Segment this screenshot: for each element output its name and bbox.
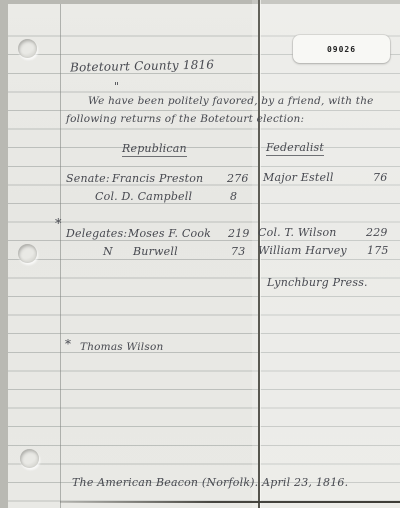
senate-republican-candidate-1: Francis Preston (112, 172, 203, 185)
delegates-asterisk-marker: * (55, 217, 62, 232)
footnote-asterisk-marker: * (65, 337, 71, 351)
quote-line-2: following returns of the Botetourt elect… (66, 113, 304, 125)
scanned-document: 09026 Botetourt County 1816 " We have be… (0, 0, 400, 508)
column-header-federalist: Federalist (266, 141, 324, 156)
delegates-republican-candidate-2: Burwell (133, 245, 178, 258)
column-header-republican: Republican (122, 142, 187, 157)
senate-federalist-candidate-1: Major Estell (263, 171, 334, 184)
delegates-federalist-candidate-1: Col. T. Wilson (258, 226, 337, 239)
senate-republican-votes-2: 8 (230, 190, 237, 203)
punch-hole-middle (18, 244, 37, 263)
senate-label: Senate: (66, 172, 110, 185)
footnote-text: Thomas Wilson (80, 341, 163, 353)
delegates-federalist-votes-1: 229 (366, 226, 388, 239)
delegates-federalist-votes-2: 175 (367, 244, 389, 257)
delegates-republican-candidate-2-initial: N (103, 245, 113, 258)
delegates-federalist-candidate-2: William Harvey (258, 244, 347, 257)
delegates-republican-candidate-1: Moses F. Cook (128, 227, 211, 240)
punch-hole-bottom (20, 449, 39, 468)
quote-line-1: We have been politely favored, by a frie… (88, 95, 374, 107)
archival-label-sticker: 09026 (293, 35, 390, 63)
senate-federalist-votes-1: 76 (373, 171, 387, 184)
punch-hole-top (18, 39, 37, 58)
source-note: Lynchburg Press. (267, 276, 368, 289)
senate-republican-votes-1: 276 (227, 172, 249, 185)
citation: The American Beacon (Norfolk). April 23,… (72, 476, 348, 489)
archival-label-number: 09026 (327, 45, 356, 54)
senate-republican-candidate-2: Col. D. Campbell (95, 190, 192, 203)
delegates-republican-votes-1: 219 (228, 227, 250, 240)
delegates-label: Delegates: (66, 227, 127, 240)
margin-line (60, 4, 61, 508)
open-quote-mark: " (114, 80, 119, 93)
sheet-edge-bottom (60, 501, 400, 503)
delegates-republican-votes-2: 73 (231, 245, 245, 258)
